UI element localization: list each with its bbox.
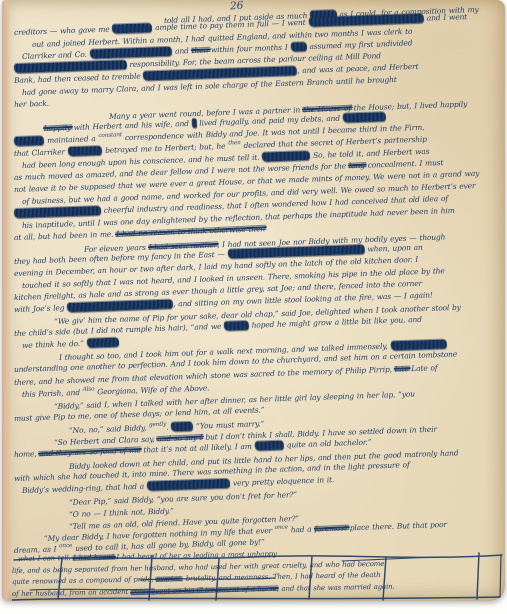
handwritten-text: Bank, had then ceased to tremble bbox=[14, 72, 144, 86]
handwritten-text: home, bbox=[14, 449, 40, 459]
struck-passage-grid: what I can tell. I had heard I had heard… bbox=[12, 552, 504, 601]
handwritten-text: what I can tell. bbox=[18, 554, 73, 563]
torn-binding-edge bbox=[2, 0, 10, 601]
manuscript-page: 26 told all I had, and I put aside as mu… bbox=[2, 0, 505, 601]
interlinear-insertion: gently bbox=[149, 421, 166, 428]
handwritten-text: “You must marry.” bbox=[193, 419, 264, 430]
handwritten-text: very pretty eloquence in it. bbox=[230, 475, 334, 488]
handwritten-text: and I went bbox=[424, 12, 467, 22]
handwritten-text: the child’s side (but I did not rumple h… bbox=[14, 322, 224, 338]
handwritten-text: had a bbox=[288, 525, 315, 535]
handwritten-text: Georgiana, Wife of the Above. bbox=[94, 383, 209, 396]
struck-text: avarice bbox=[156, 575, 181, 583]
ink-blot-deletion: very pretty eloquence bbox=[147, 479, 231, 491]
handwritten-text: maintained a bbox=[44, 134, 98, 145]
handwritten-text: quite an old bachelor.” bbox=[284, 437, 372, 449]
struck-text: and so say I bbox=[157, 433, 202, 444]
page-number: 26 bbox=[230, 1, 244, 12]
ink-blot-deletion: thereupon bbox=[112, 23, 152, 33]
handwritten-text: , brutality, and meanness. Then, I had h… bbox=[181, 571, 381, 583]
manuscript-line: “O no — I think not, Biddy.” bbox=[69, 506, 174, 519]
handwritten-text: and bbox=[172, 46, 192, 56]
handwritten-text: within four months I bbox=[208, 43, 291, 55]
manuscript-line: her back. bbox=[14, 99, 49, 109]
handwritten-text: Late of bbox=[408, 363, 437, 373]
interlinear-insertion: once bbox=[59, 543, 72, 549]
handwritten-text: that Clarriker bbox=[14, 147, 68, 158]
struck-text: then bbox=[191, 46, 208, 56]
handwritten-text: her back. bbox=[14, 99, 49, 109]
struck-text: happily bbox=[44, 124, 71, 134]
handwritten-text: this Parish, and bbox=[22, 387, 83, 398]
ink-blot-deletion: softly bbox=[171, 421, 193, 431]
interlinear-insertion: once bbox=[275, 524, 288, 530]
handwritten-text: “No, no,” said Biddy, bbox=[69, 423, 149, 435]
manuscript-line: we think he do.” he looks bbox=[22, 338, 120, 350]
handwritten-text: of her husband, from an accident bbox=[12, 588, 131, 598]
ink-blot-deletion: hoped bbox=[224, 321, 249, 331]
ink-blot-deletion: So he told it bbox=[262, 151, 310, 162]
handwritten-text: the House; but, I lived happily bbox=[351, 100, 468, 113]
struck-passage-text: what I can tell. I had heard I had heard… bbox=[12, 552, 504, 601]
struck-text: long bbox=[349, 160, 365, 170]
handwritten-text: concealment. I must bbox=[365, 158, 444, 170]
struck-text: and they are so fond of me bbox=[39, 445, 141, 458]
scanned-manuscript-photo: 26 told all I had, and I put aside as mu… bbox=[0, 0, 507, 614]
handwritten-text: I had heard of her as leading a most unh… bbox=[114, 550, 277, 561]
handwritten-text: place there. But that poor bbox=[347, 520, 447, 532]
handwritten-text: “Dear Pip,” said Biddy, “you are sure yo… bbox=[69, 490, 297, 507]
interlinear-insertion: constant bbox=[98, 131, 122, 138]
struck-text: foremost bbox=[314, 524, 347, 534]
ink-blot-deletion: and sitting on my own stool bbox=[67, 300, 173, 313]
ink-blot-deletion: was bbox=[290, 42, 307, 52]
handwritten-text: we think he do.” bbox=[22, 339, 87, 350]
struck-text: I had heard bbox=[73, 553, 114, 562]
handwritten-text: Clarriker and Co. bbox=[22, 50, 90, 61]
struck-text: consequent on his ill-treatment of a hor… bbox=[131, 585, 277, 596]
ink-blot-deletion: in the counting-house bbox=[89, 47, 172, 59]
interlinear-insertion: Also bbox=[83, 386, 95, 392]
handwritten-text: Biddy’s wedding-ring, that had a bbox=[22, 482, 147, 495]
handwritten-text: assumed my first undivided bbox=[307, 39, 413, 52]
handwritten-text: quite renowned as a compound of pride, bbox=[12, 575, 156, 586]
handwritten-text: at all, but had been in me. bbox=[14, 229, 117, 242]
handwritten-text: , and was at peace, and Herbert bbox=[297, 62, 418, 75]
ink-blot-deletion: kept up bbox=[14, 135, 45, 145]
page-text: told all I had, and I put aside as much … bbox=[14, 16, 500, 576]
ink-blot-deletion: already bbox=[254, 440, 284, 450]
interlinear-insertion: then bbox=[228, 139, 241, 145]
ink-blot-deletion: he looks bbox=[86, 338, 119, 348]
ink-blot-deletion: maintained bbox=[343, 112, 387, 123]
ink-blot-deletion: responsibility — for the beam bbox=[14, 60, 127, 73]
struck-text: late bbox=[395, 364, 409, 373]
handwritten-text: with Joe’s leg bbox=[14, 303, 67, 314]
ink-blot-deletion: betrayed bbox=[68, 145, 103, 155]
handwritten-text: , and that she was married again. bbox=[277, 582, 395, 592]
handwritten-text: when, upon an bbox=[364, 243, 422, 254]
manuscript-line: “Dear Pip,” said Biddy, “you are sure yo… bbox=[69, 490, 297, 507]
struck-text: I had no reason to think otherwise then bbox=[116, 224, 265, 238]
ink-blot-deletion: industry and readiness bbox=[14, 206, 101, 218]
handwritten-text: creditors — who gave me bbox=[14, 25, 113, 37]
handwritten-text: “O no — I think not, Biddy.” bbox=[69, 506, 174, 519]
